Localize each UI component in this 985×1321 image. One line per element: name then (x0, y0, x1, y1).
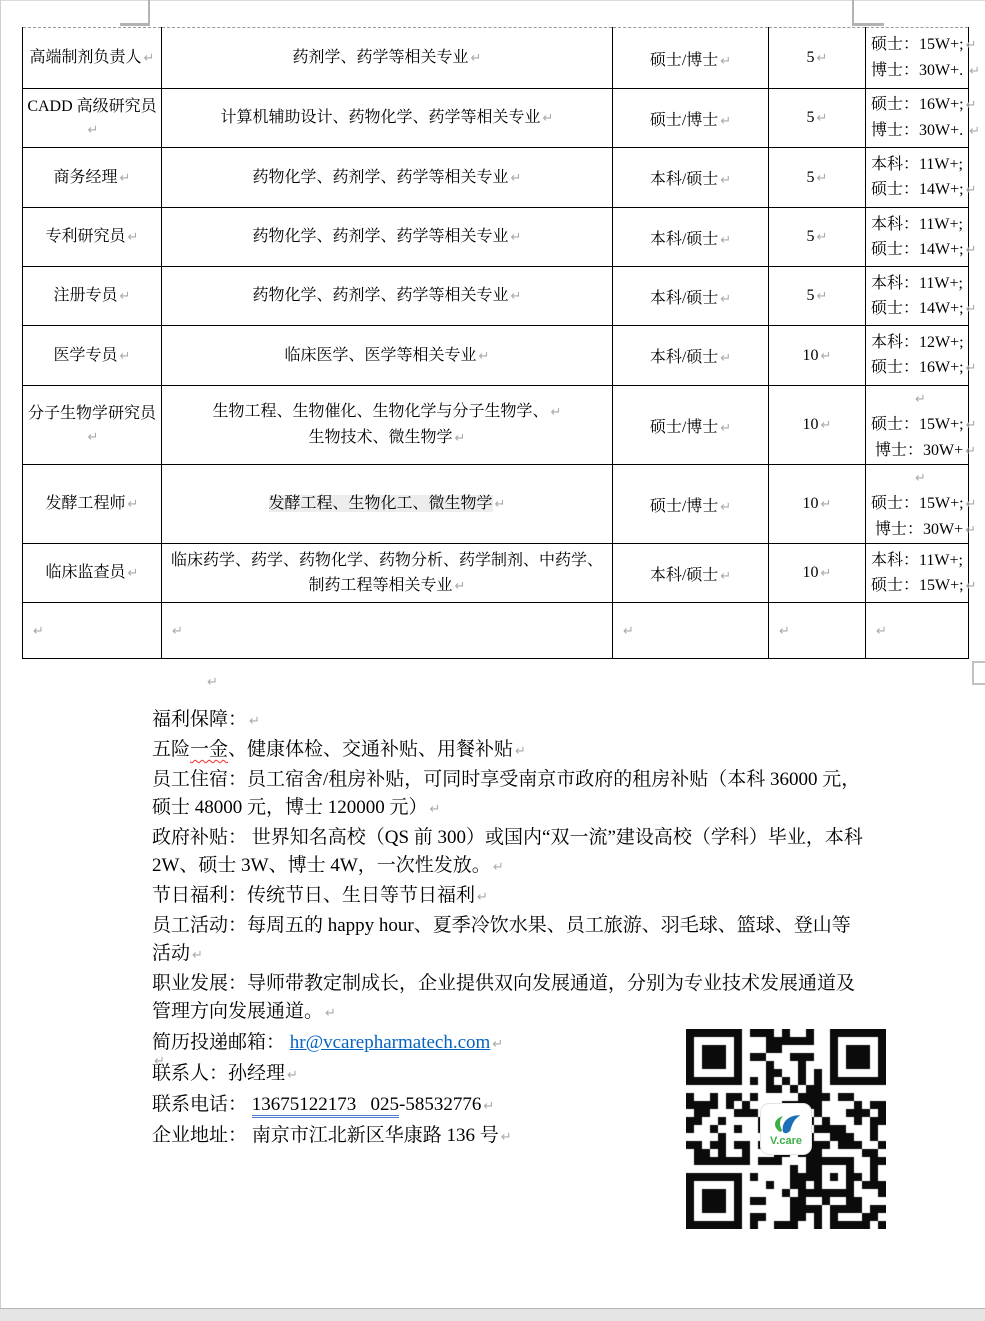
pilcrow-mark: ↵ (511, 171, 522, 186)
contact-line-email: 简历投递邮箱： hr@vcarepharmatech.com↵ (152, 1028, 512, 1059)
table-cell-position: 商务经理↵ (23, 148, 162, 208)
table-cell-count: 5↵ (769, 148, 866, 208)
table-cell-salary: 本科：11W+;硕士：14W+;↵ (866, 148, 969, 208)
pilcrow-mark: ↵ (720, 292, 731, 307)
salary-text: 博士：30W+ (871, 521, 963, 538)
table-cell-salary: 本科：12W+;硕士：16W+;↵ (866, 326, 969, 386)
pilcrow-mark: ↵ (88, 430, 99, 445)
table-cell-education: 本科/硕士↵ (613, 544, 769, 603)
salary-text: 硕士：16W+; (871, 359, 964, 376)
pilcrow-mark: ↵ (477, 890, 488, 905)
major-text: 计算机辅助设计、药物化学、药学等相关专业 (221, 109, 541, 126)
benefits-paragraph: 政府补贴： 世界知名高校（QS 前 300）或国内“双一流”建设高校（学科）毕业… (152, 824, 864, 882)
major-line: 药物化学、药剂学、药学等相关专业↵ (164, 224, 610, 250)
recruitment-table: 高端制剂负责人↵药剂学、药学等相关专业↵硕士/博士↵5↵硕士：15W+;↵博士：… (22, 27, 969, 659)
table-row: 专利研究员↵药物化学、药剂学、药学等相关专业↵本科/硕士↵5↵本科：11W+;硕… (23, 208, 969, 267)
pilcrow-mark: ↵ (325, 1006, 336, 1021)
table-cell-count: 5↵ (769, 28, 866, 89)
pilcrow-mark: ↵ (969, 124, 980, 139)
major-line: 制药工程等相关专业↵ (164, 573, 610, 599)
pilcrow-mark: ↵ (966, 183, 977, 198)
table-row: 发酵工程师↵发酵工程、生物化工、微生物学↵硕士/博士↵10↵↵硕士：15W+;↵… (23, 465, 969, 544)
table-cell-count-text: 10 (803, 416, 819, 433)
pilcrow-mark: ↵ (493, 860, 504, 875)
pilcrow-mark: ↵ (120, 289, 131, 304)
table-cell-education: 硕士/博士↵ (613, 28, 769, 89)
pilcrow-mark: ↵ (720, 114, 731, 129)
table-cell-majors: 发酵工程、生物化工、微生物学↵ (162, 465, 613, 544)
pilcrow-mark: ↵ (817, 289, 828, 304)
pilcrow-mark: ↵ (966, 497, 977, 512)
paragraph-text: 员工住宿：员工宿舍/租房补贴，可同时享受南京市政府的租房补贴（本科 36000 … (152, 769, 860, 818)
table-cell-position: 专利研究员↵ (23, 208, 162, 267)
table-cell-education: 硕士/博士↵ (613, 89, 769, 148)
paragraph-text: 五险 (152, 739, 190, 760)
table-cell-education: 硕士/博士↵ (613, 465, 769, 544)
table-cell-position-text: 医学专员 (54, 347, 118, 364)
pilcrow-mark: ↵ (88, 123, 99, 138)
salary-line: 硕士：15W+;↵ (871, 32, 968, 58)
salary-text: 本科：11W+; (871, 552, 963, 569)
table-cell-education-text: 硕士/博士 (650, 112, 718, 129)
salary-text: 硕士：15W+; (871, 577, 964, 594)
person-value: 孙经理 (228, 1063, 285, 1084)
salary-line: 本科：11W+; (871, 212, 968, 237)
table-cell-salary: ↵硕士：15W+;↵ 博士：30W+↵ (866, 465, 969, 544)
table-cell-count: ↵ (769, 603, 866, 659)
pilcrow-mark: ↵ (915, 471, 926, 486)
pilcrow-mark: ↵ (966, 38, 977, 53)
table-cell-education: 本科/硕士↵ (613, 148, 769, 208)
person-label: 联系人： (152, 1063, 228, 1084)
salary-text: 本科：11W+; (871, 156, 963, 173)
pilcrow-mark: ↵ (207, 675, 218, 690)
table-cell-count-text: 10 (803, 347, 819, 364)
pilcrow-mark: ↵ (511, 289, 522, 304)
table-cell-education-text: 本科/硕士 (650, 290, 718, 307)
salary-line: 本科：12W+; (871, 330, 968, 355)
contact-line-phone: 联系电话： 13675122173 025-58532776↵ (152, 1090, 512, 1121)
table-row: 注册专员↵药物化学、药剂学、药学等相关专业↵本科/硕士↵5↵本科：11W+;硕士… (23, 267, 969, 326)
pilcrow-mark: ↵ (720, 569, 731, 584)
pilcrow-mark: ↵ (128, 497, 139, 512)
table-cell-salary: 本科：11W+;硕士：14W+;↵ (866, 267, 969, 326)
benefits-paragraph: 节日福利：传统节日、生日等节日福利↵ (152, 882, 864, 912)
pilcrow-mark: ↵ (969, 64, 980, 79)
major-text: 临床医学、医学等相关专业 (285, 347, 477, 364)
table-cell-position: 临床监查员↵ (23, 544, 162, 603)
table-cell-count-text: 5 (807, 287, 815, 304)
pilcrow-mark: ↵ (430, 802, 441, 817)
salary-line: 硕士：14W+;↵ (871, 177, 968, 203)
table-row: 医学专员↵临床医学、医学等相关专业↵本科/硕士↵10↵本科：12W+;硕士：16… (23, 326, 969, 386)
salary-text: 硕士：15W+; (871, 36, 964, 53)
pilcrow-mark: ↵ (172, 624, 183, 639)
pilcrow-mark: ↵ (720, 233, 731, 248)
phone-rest: -58532776 (399, 1094, 481, 1115)
salary-line: 博士：30W+↵ (871, 438, 968, 464)
pilcrow-mark: ↵ (479, 349, 490, 364)
pilcrow-mark: ↵ (471, 51, 482, 66)
pilcrow-mark: ↵ (495, 497, 506, 512)
major-line: ↵ (170, 618, 610, 644)
table-row: 临床监查员↵临床药学、药学、药物化学、药物分析、药学制剂、中药学、制药工程等相关… (23, 544, 969, 603)
table-cell-count-text: 10 (803, 564, 819, 581)
table-cell-position-text: 发酵工程师 (46, 495, 126, 512)
major-line: 药物化学、药剂学、药学等相关专业↵ (164, 283, 610, 309)
pilcrow-mark: ↵ (455, 431, 466, 446)
pilcrow-mark: ↵ (821, 349, 832, 364)
table-cell-salary: 本科：11W+;硕士：15W+;↵ (866, 544, 969, 603)
pilcrow-mark: ↵ (821, 566, 832, 581)
salary-line: 硕士：16W+;↵ (871, 92, 968, 118)
salary-line: 硕士：16W+;↵ (871, 355, 968, 381)
pilcrow-mark: ↵ (821, 418, 832, 433)
table-cell-education: 本科/硕士↵ (613, 326, 769, 386)
contact-line-person: 联系人：孙经理↵ (152, 1059, 512, 1090)
major-text: 临床药学、药学、药物化学、药物分析、药学制剂、中药学、 (171, 552, 603, 569)
major-text: 药物化学、药剂学、药学等相关专业 (253, 228, 509, 245)
table-cell-count-text: 5 (807, 109, 815, 126)
address-label: 企业地址： (152, 1125, 252, 1146)
pilcrow-mark: ↵ (492, 1037, 503, 1052)
benefits-paragraph: 五险一金、健康体检、交通补贴、用餐补贴↵ (152, 736, 864, 766)
pilcrow-mark: ↵ (128, 566, 139, 581)
salary-text: 硕士：15W+; (871, 495, 964, 512)
pilcrow-mark: ↵ (543, 111, 554, 126)
salary-line: 博士：30W+↵ (871, 517, 968, 543)
table-cell-position: 高端制剂负责人↵ (23, 28, 162, 89)
qr-logo: V.care (761, 1104, 811, 1154)
pilcrow-mark: ↵ (192, 948, 203, 963)
page-left-edge (0, 0, 1, 1308)
table-cell-education: 硕士/博士↵ (613, 386, 769, 465)
salary-line: 博士：30W+. ↵ (871, 58, 968, 84)
major-line: 药剂学、药学等相关专业↵ (164, 45, 610, 71)
pilcrow-mark: ↵ (623, 624, 634, 639)
salary-text: 本科：11W+; (871, 216, 963, 233)
pilcrow-mark: ↵ (720, 500, 731, 515)
benefits-section: 福利保障：↵五险一金、健康体检、交通补贴、用餐补贴↵员工住宿：员工宿舍/租房补贴… (152, 706, 864, 1070)
table-row: 分子生物学研究员↵生物工程、生物催化、生物化学与分子生物学、↵生物技术、微生物学… (23, 386, 969, 465)
pilcrow-mark: ↵ (511, 230, 522, 245)
table-cell-position: CADD 高级研究员↵ (23, 89, 162, 148)
table-cell-majors: 药物化学、药剂学、药学等相关专业↵ (162, 208, 613, 267)
pilcrow-mark: ↵ (287, 1068, 298, 1083)
salary-text: 硕士：14W+; (871, 300, 964, 317)
table-cell-position-text: 分子生物学研究员 (28, 405, 156, 422)
salary-text: 博士：30W+. (871, 122, 967, 139)
pilcrow-mark: ↵ (483, 1099, 494, 1114)
pilcrow-mark: ↵ (515, 744, 526, 759)
salary-text: 硕士：15W+; (871, 416, 964, 433)
salary-line: 硕士：14W+;↵ (871, 237, 968, 263)
table-cell-position: 发酵工程师↵ (23, 465, 162, 544)
table-cell-position: 医学专员↵ (23, 326, 162, 386)
major-line: 生物技术、微生物学↵ (164, 425, 610, 451)
pilcrow-mark: ↵ (966, 302, 977, 317)
pilcrow-mark: ↵ (966, 243, 977, 258)
table-row: 高端制剂负责人↵药剂学、药学等相关专业↵硕士/博士↵5↵硕士：15W+;↵博士：… (23, 28, 969, 89)
table-cell-salary: ↵硕士：15W+;↵ 博士：30W+↵ (866, 386, 969, 465)
table-cell-position-text: CADD 高级研究员 (27, 98, 156, 115)
table-cell-count: 5↵ (769, 208, 866, 267)
pilcrow-mark: ↵ (817, 171, 828, 186)
email-link[interactable]: hr@vcarepharmatech.com (290, 1032, 491, 1053)
table-cell-majors: 生物工程、生物催化、生物化学与分子生物学、↵生物技术、微生物学↵ (162, 386, 613, 465)
major-text: 药物化学、药剂学、药学等相关专业 (253, 169, 509, 186)
contact-section: 简历投递邮箱： hr@vcarepharmatech.com↵ 联系人：孙经理↵… (152, 1028, 512, 1152)
major-text: 发酵工程、生物化工、微生物学 (269, 495, 493, 512)
pilcrow-mark: ↵ (876, 624, 887, 639)
pilcrow-mark: ↵ (720, 421, 731, 436)
page-gap (0, 1308, 985, 1321)
table-cell-majors: 药物化学、药剂学、药学等相关专业↵ (162, 267, 613, 326)
table-cell-count: 5↵ (769, 267, 866, 326)
table-cell-education-text: 硕士/博士 (650, 52, 718, 69)
benefits-paragraph: 员工住宿：员工宿舍/租房补贴，可同时享受南京市政府的租房补贴（本科 36000 … (152, 766, 864, 824)
salary-text: 硕士：14W+; (871, 241, 964, 258)
table-cell-position-text: 注册专员 (54, 287, 118, 304)
major-text: 生物工程、生物催化、生物化学与分子生物学、 (213, 403, 549, 420)
table-cell-position-text: 临床监查员 (46, 564, 126, 581)
major-line: 临床药学、药学、药物化学、药物分析、药学制剂、中药学、 (164, 548, 610, 573)
salary-text: 本科：12W+; (871, 334, 964, 351)
table-cell-count-text: 5 (807, 228, 815, 245)
email-label: 简历投递邮箱： (152, 1032, 290, 1053)
paragraph-text: 员工活动：每周五的 happy hour、夏季冷饮水果、员工旅游、羽毛球、篮球、… (152, 915, 851, 964)
table-cell-count-text: 5 (807, 169, 815, 186)
paragraph-text: 福利保障： (152, 709, 247, 730)
major-line: 生物工程、生物催化、生物化学与分子生物学、↵ (164, 399, 610, 425)
major-text: 生物技术、微生物学 (309, 429, 453, 446)
pilcrow-mark: ↵ (720, 54, 731, 69)
table-cell-majors: 临床药学、药学、药物化学、药物分析、药学制剂、中药学、制药工程等相关专业↵ (162, 544, 613, 603)
table-cell-education: 本科/硕士↵ (613, 208, 769, 267)
qr-logo-text: V.care (770, 1136, 802, 1147)
pilcrow-mark: ↵ (817, 230, 828, 245)
table-resize-handle[interactable] (972, 661, 985, 685)
table-row: 商务经理↵药物化学、药剂学、药学等相关专业↵本科/硕士↵5↵本科：11W+;硕士… (23, 148, 969, 208)
table-cell-education: ↵ (613, 603, 769, 659)
major-line: 药物化学、药剂学、药学等相关专业↵ (164, 165, 610, 191)
benefits-paragraph: 职业发展：导师带教定制成长，企业提供双向发展通道，分别为专业技术发展通道及管理方… (152, 970, 864, 1028)
salary-text: 博士：30W+. (871, 62, 967, 79)
table-cell-position-text: 高端制剂负责人 (30, 49, 142, 66)
table-cell-education-text: 硕士/博士 (650, 498, 718, 515)
table-cell-position: ↵ (23, 603, 162, 659)
major-line: 计算机辅助设计、药物化学、药学等相关专业↵ (164, 105, 610, 131)
after-table-paragraph: ↵ (205, 670, 218, 692)
major-line: 发酵工程、生物化工、微生物学↵ (164, 491, 610, 517)
word-document-page: { "marks": { "pilcrow": "↵" }, "colors":… (0, 0, 985, 1321)
salary-line: 本科：11W+; (871, 271, 968, 296)
benefits-paragraph: 福利保障：↵ (152, 706, 864, 736)
salary-line: 硕士：15W+;↵ (871, 573, 968, 599)
table-cell-majors: 计算机辅助设计、药物化学、药学等相关专业↵ (162, 89, 613, 148)
pilcrow-mark: ↵ (965, 444, 976, 459)
pilcrow-mark: ↵ (779, 624, 790, 639)
pilcrow-mark: ↵ (817, 51, 828, 66)
paragraph-text: 政府补贴： 世界知名高校（QS 前 300）或国内“双一流”建设高校（学科）毕业… (152, 827, 868, 876)
table-cell-position-text: 商务经理 (54, 169, 118, 186)
table-cell-education-text: 本科/硕士 (650, 567, 718, 584)
table-cell-education-text: 本科/硕士 (650, 349, 718, 366)
pilcrow-mark: ↵ (966, 98, 977, 113)
paragraph-text: 节日福利：传统节日、生日等节日福利 (152, 885, 475, 906)
pilcrow-mark: ↵ (551, 405, 562, 420)
salary-text: 硕士：14W+; (871, 181, 964, 198)
salary-line: 本科：11W+; (871, 152, 968, 177)
table-cell-majors: ↵ (162, 603, 613, 659)
table-cell-count: 10↵ (769, 386, 866, 465)
pilcrow-mark: ↵ (821, 497, 832, 512)
table-cell-count: 5↵ (769, 89, 866, 148)
table-row: CADD 高级研究员↵计算机辅助设计、药物化学、药学等相关专业↵硕士/博士↵5↵… (23, 89, 969, 148)
table-cell-count: 10↵ (769, 544, 866, 603)
table-cell-majors: 临床医学、医学等相关专业↵ (162, 326, 613, 386)
table-cell-position: 注册专员↵ (23, 267, 162, 326)
salary-line: 博士：30W+. ↵ (871, 118, 968, 144)
salary-text: 本科：11W+; (871, 275, 963, 292)
table-row: ↵↵↵↵↵ (23, 603, 969, 659)
major-line: 临床医学、医学等相关专业↵ (164, 343, 610, 369)
pilcrow-mark: ↵ (720, 351, 731, 366)
salary-line: 硕士：15W+;↵ (871, 412, 968, 438)
salary-line: 硕士：15W+;↵ (871, 491, 968, 517)
salary-text: 硕士：16W+; (871, 96, 964, 113)
pilcrow-mark: ↵ (455, 579, 466, 594)
table-cell-salary: ↵ (866, 603, 969, 659)
paragraph-text: 、健康体检、交通补贴、用餐补贴 (228, 739, 513, 760)
table-cell-education-text: 本科/硕士 (650, 231, 718, 248)
benefits-paragraph: 员工活动：每周五的 happy hour、夏季冷饮水果、员工旅游、羽毛球、篮球、… (152, 912, 864, 970)
pilcrow-mark: ↵ (720, 173, 731, 188)
table-cell-count: 10↵ (769, 465, 866, 544)
salary-line: 本科：11W+; (871, 548, 968, 573)
table-cell-education: 本科/硕士↵ (613, 267, 769, 326)
paragraph-text: 职业发展：导师带教定制成长，企业提供双向发展通道，分别为专业技术发展通道及管理方… (152, 973, 855, 1022)
phone-number-link[interactable]: 13675122173 025 (252, 1094, 399, 1118)
salary-line: 硕士：14W+;↵ (871, 296, 968, 322)
salary-line: ↵ (871, 465, 968, 491)
phone-label: 联系电话： (152, 1094, 252, 1115)
address-value: 南京市江北新区华康路 136 号 (252, 1125, 499, 1146)
table-cell-majors: 药物化学、药剂学、药学等相关专业↵ (162, 148, 613, 208)
pilcrow-mark: ↵ (966, 361, 977, 376)
qr-code: V.care (683, 1026, 889, 1232)
pilcrow-mark: ↵ (915, 392, 926, 407)
pilcrow-mark: ↵ (128, 230, 139, 245)
qr-logo-leaf-icon (770, 1112, 802, 1136)
contact-line-address: 企业地址： 南京市江北新区华康路 136 号↵ (152, 1121, 512, 1152)
pilcrow-mark: ↵ (965, 523, 976, 538)
table-cell-count: 10↵ (769, 326, 866, 386)
table-cell-education-text: 硕士/博士 (650, 419, 718, 436)
table-cell-count-text: 5 (807, 49, 815, 66)
salary-line: ↵ (871, 386, 968, 412)
salary-text: 博士：30W+ (871, 442, 963, 459)
pilcrow-mark: ↵ (33, 624, 44, 639)
prev-table-border-artifact (852, 23, 884, 26)
major-text: 药剂学、药学等相关专业 (293, 49, 469, 66)
major-text: 药物化学、药剂学、药学等相关专业 (253, 287, 509, 304)
major-text: 制药工程等相关专业 (309, 577, 453, 594)
table-cell-position: 分子生物学研究员↵ (23, 386, 162, 465)
pilcrow-mark: ↵ (144, 51, 155, 66)
pilcrow-mark: ↵ (817, 111, 828, 126)
pilcrow-mark: ↵ (966, 579, 977, 594)
pilcrow-mark: ↵ (966, 418, 977, 433)
table-cell-salary: 硕士：16W+;↵博士：30W+. ↵ (866, 89, 969, 148)
pilcrow-mark: ↵ (120, 349, 131, 364)
table-cell-salary: 硕士：15W+;↵博士：30W+. ↵ (866, 28, 969, 89)
pilcrow-mark: ↵ (501, 1130, 512, 1145)
table-cell-position-text: 专利研究员 (46, 228, 126, 245)
spellcheck-wavy-text: 一金 (190, 739, 228, 760)
prev-table-border-artifact (120, 23, 150, 26)
pilcrow-mark: ↵ (120, 171, 131, 186)
table-cell-count-text: 10 (803, 495, 819, 512)
table-cell-salary: 本科：11W+;硕士：14W+;↵ (866, 208, 969, 267)
table-cell-education-text: 本科/硕士 (650, 171, 718, 188)
salary-line: ↵ (874, 618, 968, 644)
pilcrow-mark: ↵ (249, 714, 260, 729)
table-cell-majors: 药剂学、药学等相关专业↵ (162, 28, 613, 89)
